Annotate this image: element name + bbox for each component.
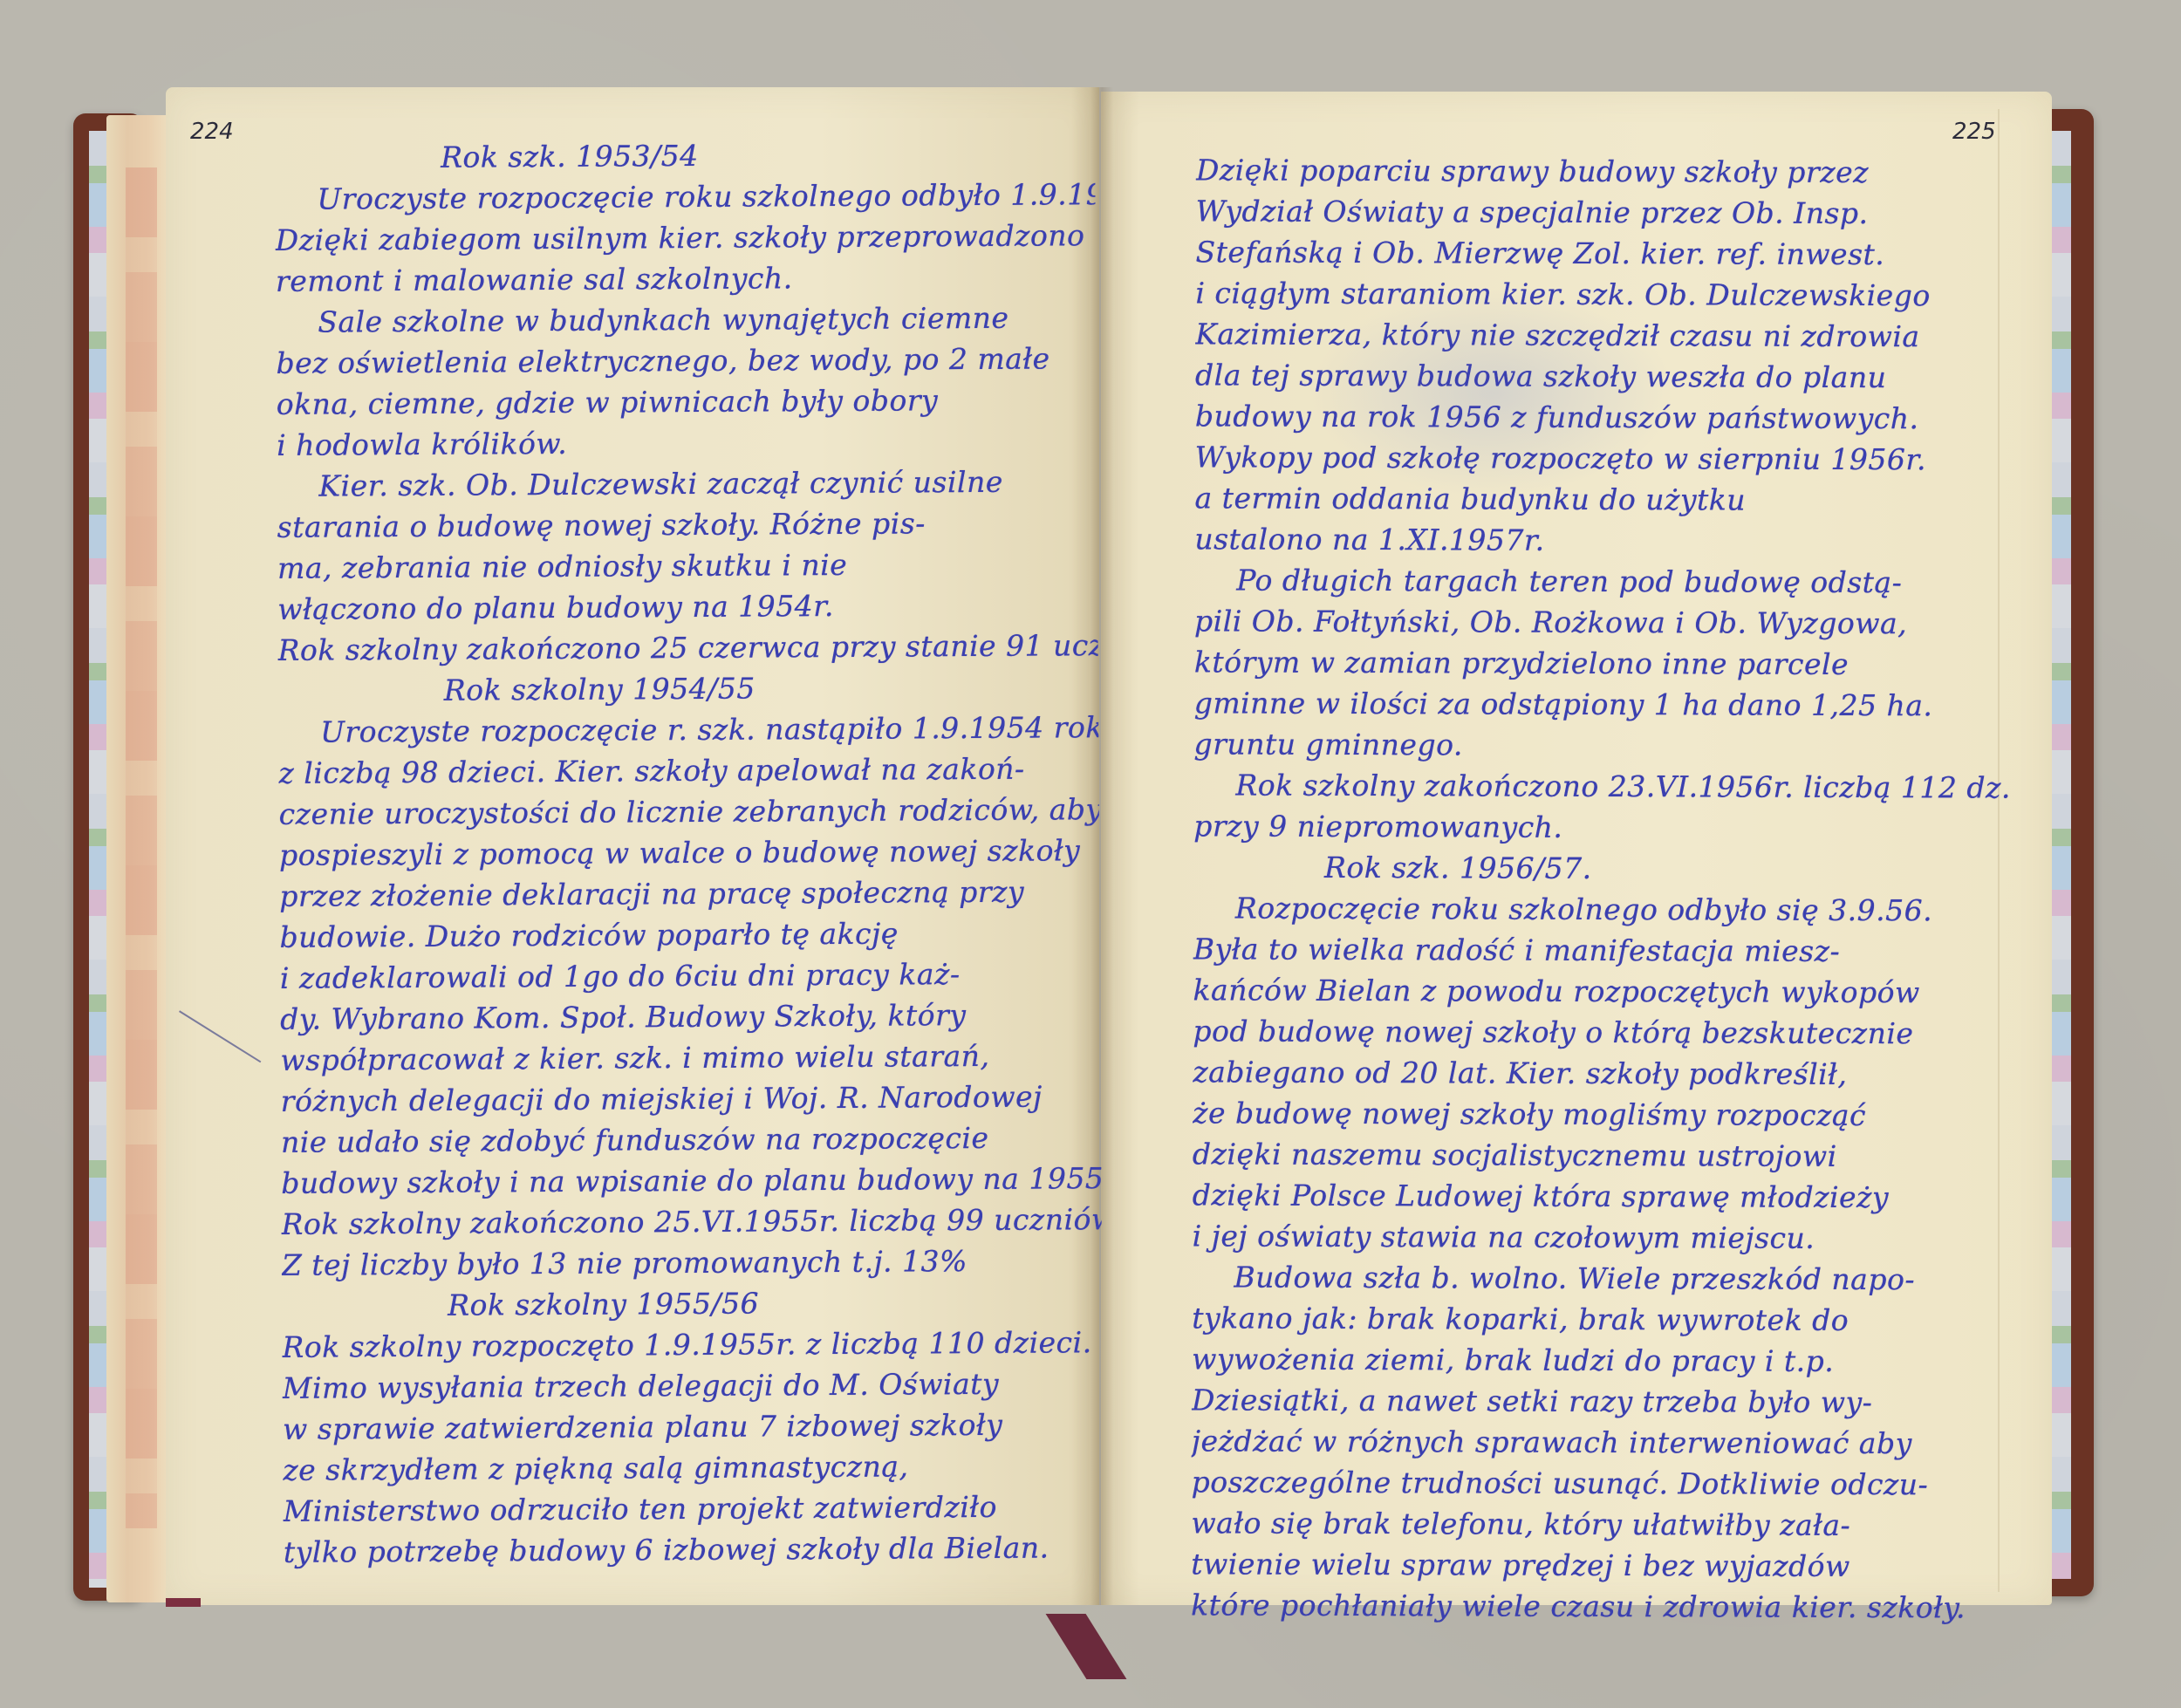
text-line: a termin oddania budynku do użytku: [1194, 477, 2032, 521]
left-page-handwriting: Rok szk. 1953/54Uroczyste rozpoczęcie ro…: [275, 133, 1104, 1573]
text-line: że budowę nowej szkoły mogliśmy rozpoczą…: [1193, 1092, 2030, 1136]
text-line: okna, ciemne, gdzie w piwnicach były obo…: [277, 379, 1097, 425]
text-line: dy. Wybrano Kom. Społ. Budowy Szkoły, kt…: [280, 994, 1100, 1040]
text-line: Rok szkolny zakończono 23.VI.1956r. licz…: [1193, 764, 2031, 808]
text-line: kańców Bielan z powodu rozpoczętych wyko…: [1193, 969, 2031, 1013]
text-line: i jej oświaty stawia na czołowym miejscu…: [1193, 1215, 2030, 1259]
text-line: z liczbą 98 dzieci. Kier. szkoły apelowa…: [278, 748, 1098, 794]
text-line: ma, zebrania nie odniosły skutku i nie: [277, 543, 1097, 589]
text-line: w sprawie zatwierdzenia planu 7 izbowej …: [283, 1404, 1103, 1450]
text-line: Wydział Oświaty a specjalnie przez Ob. I…: [1196, 190, 2034, 234]
endpaper-left: [89, 131, 108, 1588]
section-heading: Rok szk. 1953/54: [275, 133, 1095, 179]
text-line: budowie. Dużo rodziców poparło tę akcję: [279, 912, 1099, 958]
text-line: różnych delegacji do miejskiej i Woj. R.…: [281, 1076, 1101, 1122]
text-line: Sale szkolne w budynkach wynajętych ciem…: [276, 297, 1096, 343]
text-line: Rok szkolny zakończono 25.VI.1955r. licz…: [281, 1199, 1101, 1245]
text-line: i ciągłym staraniom kier. szk. Ob. Dulcz…: [1195, 272, 2033, 316]
text-line: przez złożenie deklaracji na pracę społe…: [279, 871, 1099, 917]
page-number-left: 224: [190, 119, 234, 145]
section-heading: Rok szkolny 1954/55: [278, 666, 1098, 712]
text-line: bez oświetlenia elektrycznego, bez wody,…: [276, 338, 1096, 384]
text-line: poszczególne trudności usunąć. Dotkliwie…: [1192, 1461, 2029, 1505]
text-line: Była to wielka radość i manifestacja mie…: [1193, 928, 2031, 972]
text-line: Stefańską i Ob. Mierzwę Zol. kier. ref. …: [1195, 231, 2033, 275]
text-line: Dziesiątki, a nawet setki razy trzeba by…: [1192, 1379, 2029, 1423]
text-line: Uroczyste rozpoczęcie r. szk. nastąpiło …: [278, 707, 1098, 753]
text-line: zabiegano od 20 lat. Kier. szkoły podkre…: [1193, 1051, 2030, 1095]
text-line: Ministerstwo odrzuciło ten projekt zatwi…: [283, 1486, 1103, 1532]
text-line: Rok szkolny rozpoczęto 1.9.1955r. z licz…: [282, 1322, 1102, 1368]
text-line: Budowa szła b. wolno. Wiele przeszkód na…: [1192, 1256, 2029, 1300]
text-line: gruntu gminnego.: [1193, 723, 2031, 767]
text-line: Wykopy pod szkołę rozpoczęto w sierpniu …: [1195, 436, 2033, 480]
text-line: pospieszyli z pomocą w walce o budowę no…: [279, 830, 1099, 876]
text-line: tylko potrzebę budowy 6 izbowej szkoły d…: [284, 1527, 1104, 1573]
text-line: Dzięki poparciu sprawy budowy szkoły prz…: [1196, 149, 2034, 193]
text-line: i hodowla królików.: [277, 420, 1097, 466]
text-line: włączono do planu budowy na 1954r.: [277, 584, 1097, 630]
text-line: współpracował z kier. szk. i mimo wielu …: [280, 1035, 1100, 1081]
text-line: jeżdżać w różnych sprawach interweniować…: [1192, 1420, 2029, 1464]
text-line: dla tej sprawy budowa szkoły weszła do p…: [1195, 354, 2033, 398]
text-line: tykano jak: brak koparki, brak wywrotek …: [1192, 1297, 2029, 1341]
open-book: 224 225 Rok szk. 1953/54Uroczyste rozpoc…: [0, 0, 2181, 1708]
ribbon-bookmark-stub: [166, 1598, 201, 1607]
text-line: budowy na rok 1956 z funduszów państwowy…: [1195, 395, 2033, 439]
text-line: którym w zamian przydzielono inne parcel…: [1194, 641, 2032, 685]
text-line: które pochłaniały wiele czasu i zdrowia …: [1191, 1584, 2028, 1628]
text-line: nie udało się zdobyć funduszów na rozpoc…: [281, 1117, 1101, 1163]
text-line: ustalono na 1.XI.1957r.: [1194, 518, 2032, 562]
text-line: Rok szkolny zakończono 25 czerwca przy s…: [277, 625, 1097, 671]
text-line: i zadeklarowali od 1go do 6ciu dni pracy…: [280, 953, 1100, 999]
text-line: dzięki Polsce Ludowej która sprawę młodz…: [1193, 1174, 2030, 1218]
text-line: wało się brak telefonu, który ułatwiłby …: [1191, 1502, 2028, 1546]
text-line: pod budowę nowej szkoły o którą bezskute…: [1193, 1010, 2030, 1054]
text-line: wywożenia ziemi, brak ludzi do pracy i t…: [1192, 1338, 2029, 1382]
page-number-right: 225: [1952, 119, 1996, 145]
text-line: Po długich targach teren pod budowę odst…: [1194, 559, 2032, 603]
text-line: przy 9 niepromowanych.: [1193, 805, 2031, 849]
text-line: pili Ob. Fołtyński, Ob. Rożkowa i Ob. Wy…: [1194, 600, 2032, 644]
section-heading: Rok szk. 1956/57.: [1193, 846, 2031, 890]
right-page-handwriting: Dzięki poparciu sprawy budowy szkoły prz…: [1191, 149, 2034, 1628]
text-line: Dzięki zabiegom usilnym kier. szkoły prz…: [276, 215, 1096, 261]
text-line: remont i malowanie sal szkolnych.: [276, 256, 1096, 302]
text-line: Rozpoczęcie roku szkolnego odbyło się 3.…: [1193, 887, 2031, 931]
text-line: starania o budowę nowej szkoły. Różne pi…: [277, 502, 1097, 548]
text-line: czenie uroczystości do licznie zebranych…: [279, 789, 1099, 835]
ribbon-bookmark[interactable]: [1046, 1614, 1127, 1679]
text-line: ze skrzydłem z piękną salą gimnastyczną,: [283, 1445, 1103, 1491]
endpaper-right: [2052, 131, 2071, 1579]
text-line: budowy szkoły i na wpisanie do planu bud…: [281, 1158, 1101, 1204]
text-line: Kier. szk. Ob. Dulczewski zaczął czynić …: [277, 461, 1097, 507]
text-line: dzięki naszemu socjalistycznemu ustrojow…: [1193, 1133, 2030, 1177]
text-line: twienie wielu spraw prędzej i bez wyjazd…: [1191, 1543, 2028, 1587]
section-heading: Rok szkolny 1955/56: [282, 1281, 1102, 1327]
text-line: Mimo wysyłania trzech delegacji do M. Oś…: [283, 1363, 1103, 1409]
text-line: Kazimierza, który nie szczędził czasu ni…: [1195, 313, 2033, 357]
text-line: gminne w ilości za odstąpiony 1 ha dano …: [1194, 682, 2032, 726]
text-line: Z tej liczby było 13 nie promowanych t.j…: [282, 1240, 1102, 1286]
text-line: Uroczyste rozpoczęcie roku szkolnego odb…: [275, 174, 1095, 220]
